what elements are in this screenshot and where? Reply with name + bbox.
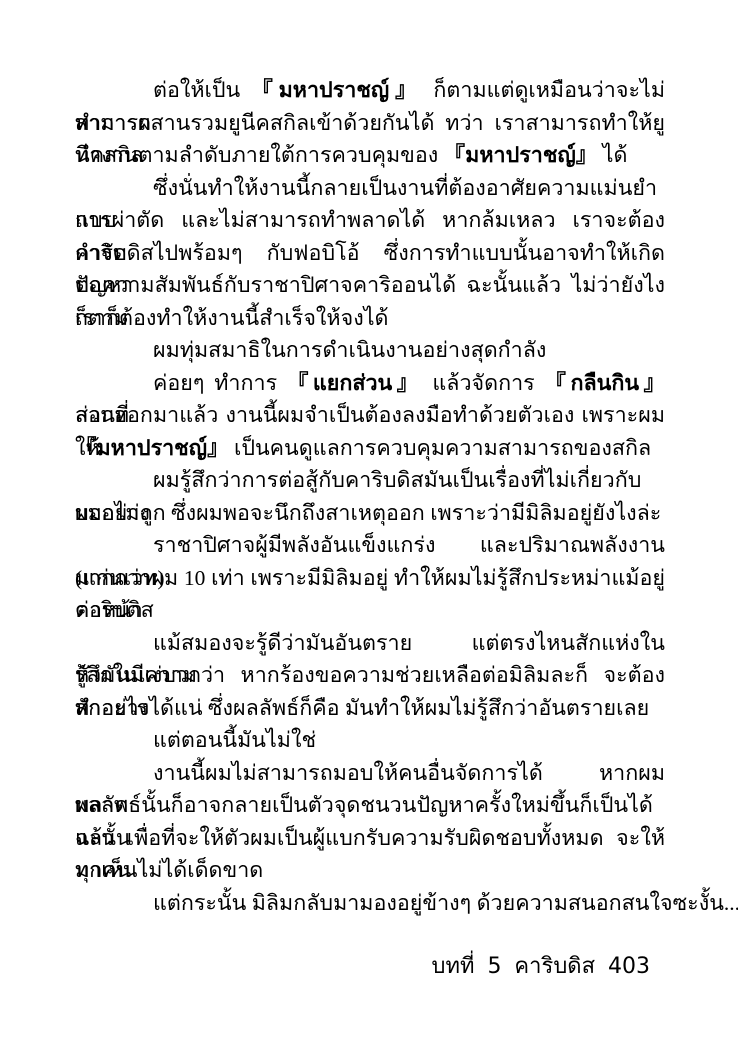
text-line: การผ่าตัด และไม่สามารถทำพลาดได้ หากล้มเห…: [75, 204, 665, 237]
text-line: ผมทุ่มสมาธิในการดำเนินงานอย่างสุดกำลัง: [75, 334, 665, 367]
text-run: ทำงานตามลำดับภายใต้การควบคุมของ: [75, 143, 444, 167]
page-footer: บทที่ 5 คาริบดิส 403: [431, 950, 650, 984]
text-run: คาริบดิส: [75, 598, 154, 622]
text-line: ผมรู้สึกว่าการต่อสู้กับคาริบดิสมันเป็นเร…: [75, 464, 665, 497]
text-line: สักอย่างได้แน่ ซึ่งผลลัพธ์ก็คือ มันทำให้…: [75, 692, 665, 725]
text-run: ต่อให้เป็น: [153, 78, 251, 102]
text-run: มาเห็นไม่ได้เด็ดขาด: [75, 858, 263, 882]
text-run: บอกไม่ถูก ซึ่งผมพอจะนึกถึงสาเหตุออก เพรา…: [75, 501, 661, 525]
text-line: ทำงานตามลำดับภายใต้การควบคุมของ 『มหาปราช…: [75, 139, 665, 172]
text-line: เราก็ต้องทำให้งานนี้สำเร็จให้จงได้: [75, 302, 665, 335]
text-run: เป็นคนดูแลการควบคุมความสามารถของสกิล: [229, 436, 652, 460]
text-run: แล้วจัดการ: [423, 371, 545, 395]
text-line: คาริบดิสไปพร้อมๆ กับฟอบิโอ้ ซึ่งการทำแบบ…: [75, 237, 665, 270]
book-page: ต่อให้เป็น 『มหาปราชญ์』 ก็ตามแต่ดูเหมือนว…: [0, 0, 738, 1051]
text-line: รู้สึกในแง่บวกว่า หากร้องขอความช่วยเหลือ…: [75, 659, 665, 692]
text-run: ได้: [597, 143, 627, 167]
skill-term: 『มหาปราชญ์』: [75, 436, 229, 460]
text-line: 『มหาปราชญ์』 เป็นคนดูแลการควบคุมความสามาร…: [75, 432, 665, 465]
text-run: สักอย่างได้แน่ ซึ่งผลลัพธ์ก็คือ มันทำให้…: [75, 696, 649, 720]
skill-term: 『มหาปราชญ์』: [251, 78, 422, 102]
text-line: แต่ตอนนี้มันไม่ใช่: [75, 724, 665, 757]
text-line: ต่อให้เป็น 『มหาปราชญ์』 ก็ตามแต่ดูเหมือนว…: [75, 74, 665, 107]
text-run: แต่กระนั้น มิลิมกลับมามองอยู่ข้างๆ ด้วยค…: [153, 891, 738, 915]
text-line: มาเห็นไม่ได้เด็ดขาด: [75, 854, 665, 887]
text-line: ราชาปิศาจผู้มีพลังอันแข็งแกร่ง และปริมาณ…: [75, 529, 665, 562]
text-line: ค่อยๆ ทำการ 『แยกส่วน』 แล้วจัดการ 『กลืนกิ…: [75, 367, 665, 400]
skill-term: 『กลืนกิน』: [545, 371, 665, 395]
text-line: แต่กระนั้น มิลิมกลับมามองอยู่ข้างๆ ด้วยค…: [75, 887, 665, 920]
text-line: มากกว่าผม 10 เท่า เพราะมีมิลิมอยู่ ทำให้…: [75, 562, 665, 595]
page-body: ต่อให้เป็น 『มหาปราชญ์』 ก็ตามแต่ดูเหมือนว…: [75, 74, 665, 919]
text-line: ซึ่งนั่นทำให้งานนี้กลายเป็นงานที่ต้องอาศ…: [75, 172, 665, 205]
text-run: เราก็ต้องทำให้งานนี้สำเร็จให้จงได้: [75, 306, 388, 330]
text-line: แม้สมองจะรู้ดีว่ามันอันตราย แต่ตรงไหนสัก…: [75, 627, 665, 660]
text-line: ทำการผสานรวมยูนีคสกิลเข้าด้วยกันได้ ทว่า…: [75, 107, 665, 140]
text-line: ผลลัพธ์นั้นก็อาจกลายเป็นตัวจุดชนวนปัญหาค…: [75, 789, 665, 822]
skill-term: 『แยกส่วน』: [287, 371, 423, 395]
chapter-page-label: บทที่ 5 คาริบดิส 403: [431, 954, 650, 979]
text-run: ค่อยๆ ทำการ: [153, 371, 287, 395]
text-line: คาริบดิส: [75, 594, 665, 627]
text-run: ผมทุ่มสมาธิในการดำเนินงานอย่างสุดกำลัง: [153, 338, 546, 362]
text-line: ต่อความสัมพันธ์กับราชาปิศาจคาริออนได้ ฉะ…: [75, 269, 665, 302]
text-line: แล้ว เพื่อที่จะให้ตัวผมเป็นผู้แบกรับความ…: [75, 822, 665, 855]
text-line: ลอกออกมาแล้ว งานนี้ผมจำเป็นต้องลงมือทำด้…: [75, 399, 665, 432]
text-line: บอกไม่ถูก ซึ่งผมพอจะนึกถึงสาเหตุออก เพรา…: [75, 497, 665, 530]
text-run: แต่ตอนนี้มันไม่ใช่: [153, 728, 316, 752]
skill-term: 『มหาปราชญ์』: [444, 143, 598, 167]
text-line: งานนี้ผมไม่สามารถมอบให้คนอื่นจัดการได้ ห…: [75, 757, 665, 790]
